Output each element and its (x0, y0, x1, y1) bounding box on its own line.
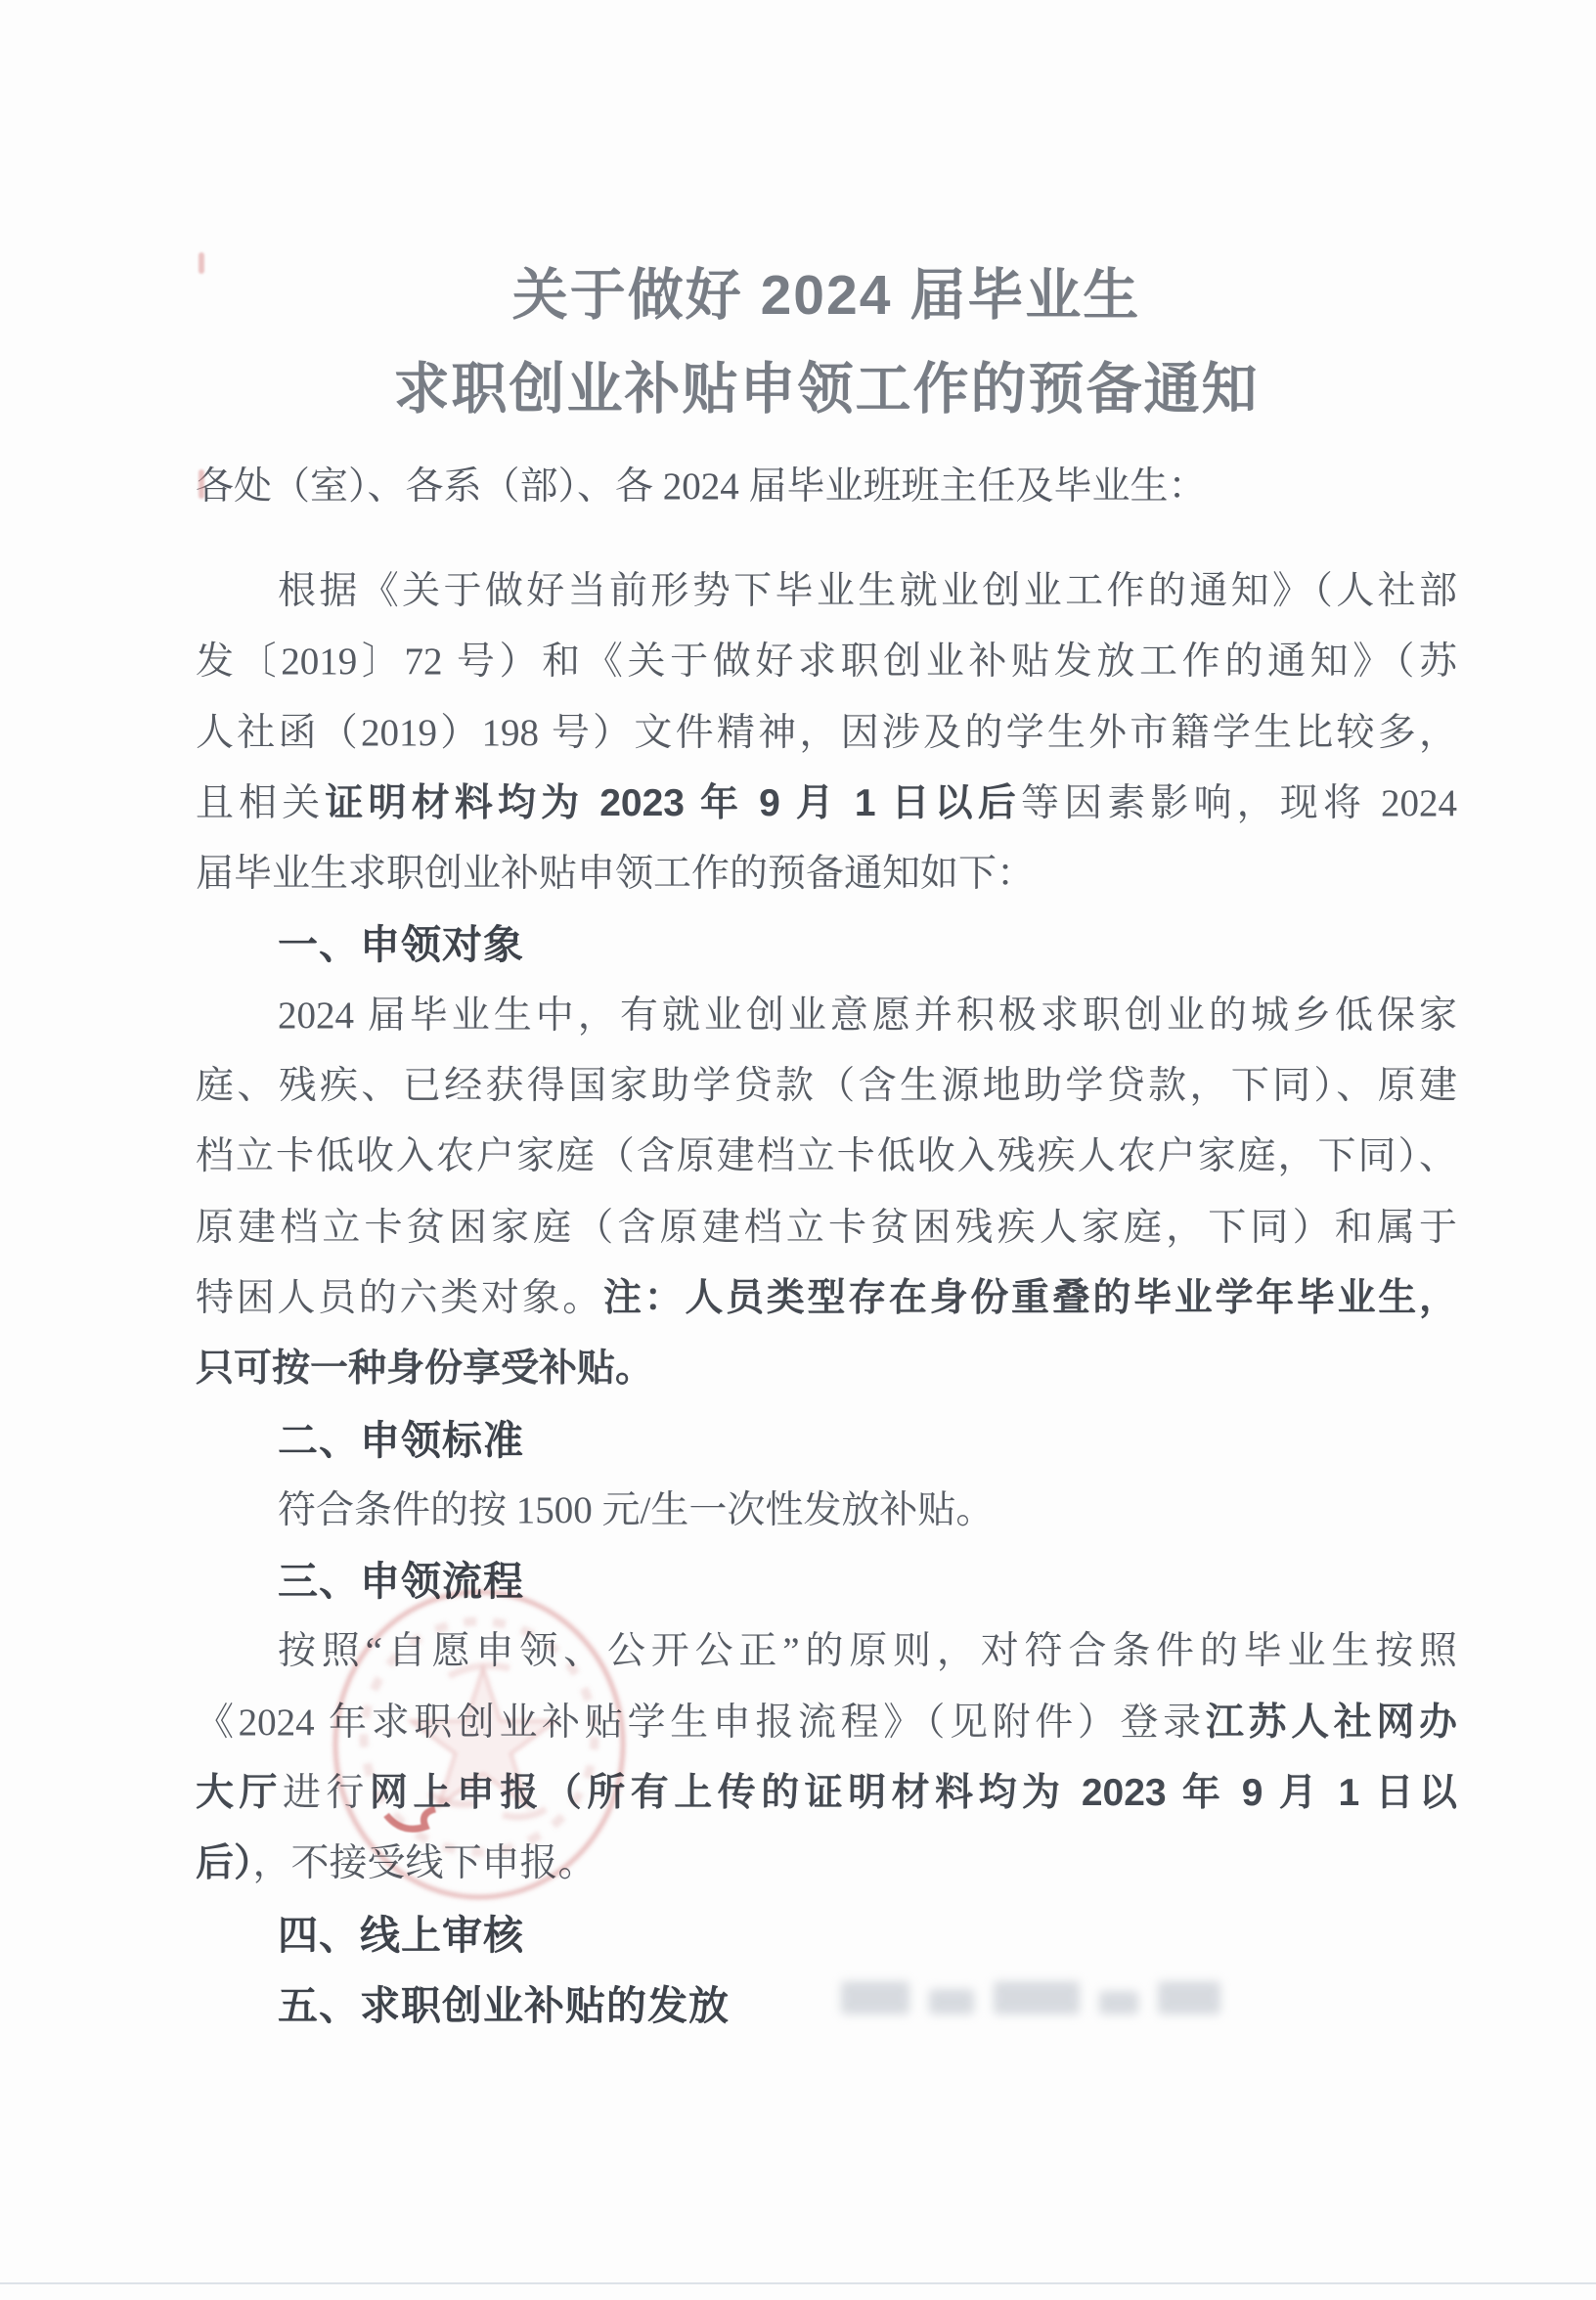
bold-text-run: 四、线上审核 (278, 1913, 524, 1958)
notice-body: 根据《关于做好当前形势下毕业生就业创业工作的通知》（人社部发〔2019〕72 号… (196, 556, 1457, 2041)
smudge-blob (1099, 1991, 1138, 2014)
body-line: 档立卡低收入农户家庭（含原建档立卡低收入残疾人农户家庭，下同）、 (196, 1122, 1457, 1192)
bold-text-run: 后） (196, 1842, 253, 1884)
body-line: 符合条件的按 1500 元/生一次性发放补贴。 (196, 1476, 1457, 1546)
body-line: 人社函（2019）198 号）文件精神，因涉及的学生外市籍学生比较多， (196, 698, 1457, 769)
bold-text-run: 网上申报（所有上传的证明材料均为 2023 年 9 月 1 日以 (370, 1772, 1457, 1814)
text-run: 进行 (283, 1772, 370, 1814)
ink-bleed-smudge (831, 1973, 1389, 2024)
smudge-blob (841, 1981, 909, 2014)
text-run: ，不接受线下申报。 (253, 1842, 597, 1884)
text-run: 届毕业生求职创业补贴申领工作的预备通知如下： (196, 853, 1035, 895)
text-run: 2024 届毕业生中，有就业创业意愿并积极求职创业的城乡低保家 (278, 995, 1457, 1037)
text-run: 发〔2019〕72 号）和《关于做好求职创业补贴发放工作的通知》（苏 (196, 641, 1457, 683)
body-line: 根据《关于做好当前形势下毕业生就业创业工作的通知》（人社部 (196, 556, 1457, 627)
body-line: 按照“自愿申领、公开公正”的原则，对符合条件的毕业生按照 (196, 1616, 1457, 1687)
section-heading: 二、申领标准 (196, 1405, 1457, 1476)
smudge-blob (1158, 1981, 1220, 2014)
bold-text-run: 大厅 (196, 1772, 283, 1814)
text-run: 特困人员的六类对象。 (196, 1277, 603, 1319)
body-line: 后），不接受线下申报。 (196, 1829, 1457, 1899)
section-heading: 四、线上审核 (196, 1900, 1457, 1970)
salutation-line: 各处（室）、各系（部）、各 2024 届毕业班班主任及毕业生： (196, 460, 1457, 514)
red-roller-mark (199, 252, 204, 274)
notice-title: 关于做好 2024 届毕业生 求职创业补贴申领工作的预备通知 (196, 248, 1457, 436)
bold-text-run: 证明材料均为 2023 年 9 月 1 日以后 (325, 782, 1021, 824)
notice-title-line1: 关于做好 2024 届毕业生 (196, 248, 1457, 342)
body-line: 且相关证明材料均为 2023 年 9 月 1 日以后等因素影响，现将 2024 (196, 769, 1457, 839)
text-run: 档立卡低收入农户家庭（含原建档立卡低收入残疾人农户家庭，下同）、 (196, 1135, 1457, 1177)
body-line: 发〔2019〕72 号）和《关于做好求职创业补贴发放工作的通知》（苏 (196, 627, 1457, 697)
bold-text-run: 三、申领流程 (278, 1559, 524, 1604)
bold-text-run: 二、申领标准 (278, 1418, 524, 1463)
body-line: 只可按一种身份享受补贴。 (196, 1334, 1457, 1404)
text-run: 原建档立卡贫困家庭（含原建档立卡贫困残疾人家庭，下同）和属于 (196, 1207, 1457, 1249)
text-run: 且相关 (196, 782, 325, 824)
text-run: 人社函（2019）198 号）文件精神，因涉及的学生外市籍学生比较多， (196, 712, 1457, 754)
text-run: 符合条件的按 1500 元/生一次性发放补贴。 (278, 1489, 994, 1531)
body-line: 大厅进行网上申报（所有上传的证明材料均为 2023 年 9 月 1 日以 (196, 1758, 1457, 1829)
body-line: 《2024 年求职创业补贴学生申报流程》（见附件）登录江苏人社网办 (196, 1688, 1457, 1758)
section-heading: 一、申领对象 (196, 909, 1457, 980)
text-run: 根据《关于做好当前形势下毕业生就业创业工作的通知》（人社部 (278, 570, 1457, 612)
text-run: 按照“自愿申领、公开公正”的原则，对符合条件的毕业生按照 (278, 1630, 1457, 1672)
bold-text-run: 注：人员类型存在身份重叠的毕业学年毕业生， (603, 1277, 1457, 1319)
body-line: 庭、残疾、已经获得国家助学贷款（含生源地助学贷款，下同）、原建 (196, 1051, 1457, 1122)
bold-text-run: 五、求职创业补贴的发放 (278, 1983, 730, 2028)
body-line: 原建档立卡贫困家庭（含原建档立卡贫困残疾人家庭，下同）和属于 (196, 1193, 1457, 1263)
bold-text-run: 一、申领对象 (278, 922, 524, 967)
body-line: 2024 届毕业生中，有就业创业意愿并积极求职创业的城乡低保家 (196, 981, 1457, 1051)
body-line: 特困人员的六类对象。注：人员类型存在身份重叠的毕业学年毕业生， (196, 1263, 1457, 1334)
smudge-blob (929, 1989, 974, 2014)
bold-text-run: 江苏人社网办 (1206, 1702, 1457, 1744)
text-run: 等因素影响，现将 2024 (1021, 782, 1457, 824)
scanned-notice-page: { "page": { "width": 1632, "height": 235… (0, 0, 1596, 2300)
section-heading: 三、申领流程 (196, 1546, 1457, 1616)
text-run: 《2024 年求职创业补贴学生申报流程》（见附件）登录 (196, 1702, 1206, 1744)
scan-edge-line (0, 2282, 1596, 2284)
smudge-blob (994, 1981, 1080, 2014)
body-line: 届毕业生求职创业补贴申领工作的预备通知如下： (196, 839, 1457, 909)
red-roller-mark (199, 469, 204, 499)
bold-text-run: 只可按一种身份享受补贴。 (196, 1348, 653, 1390)
text-run: 庭、残疾、已经获得国家助学贷款（含生源地助学贷款，下同）、原建 (196, 1065, 1457, 1107)
notice-title-line2: 求职创业补贴申领工作的预备通知 (196, 342, 1457, 436)
